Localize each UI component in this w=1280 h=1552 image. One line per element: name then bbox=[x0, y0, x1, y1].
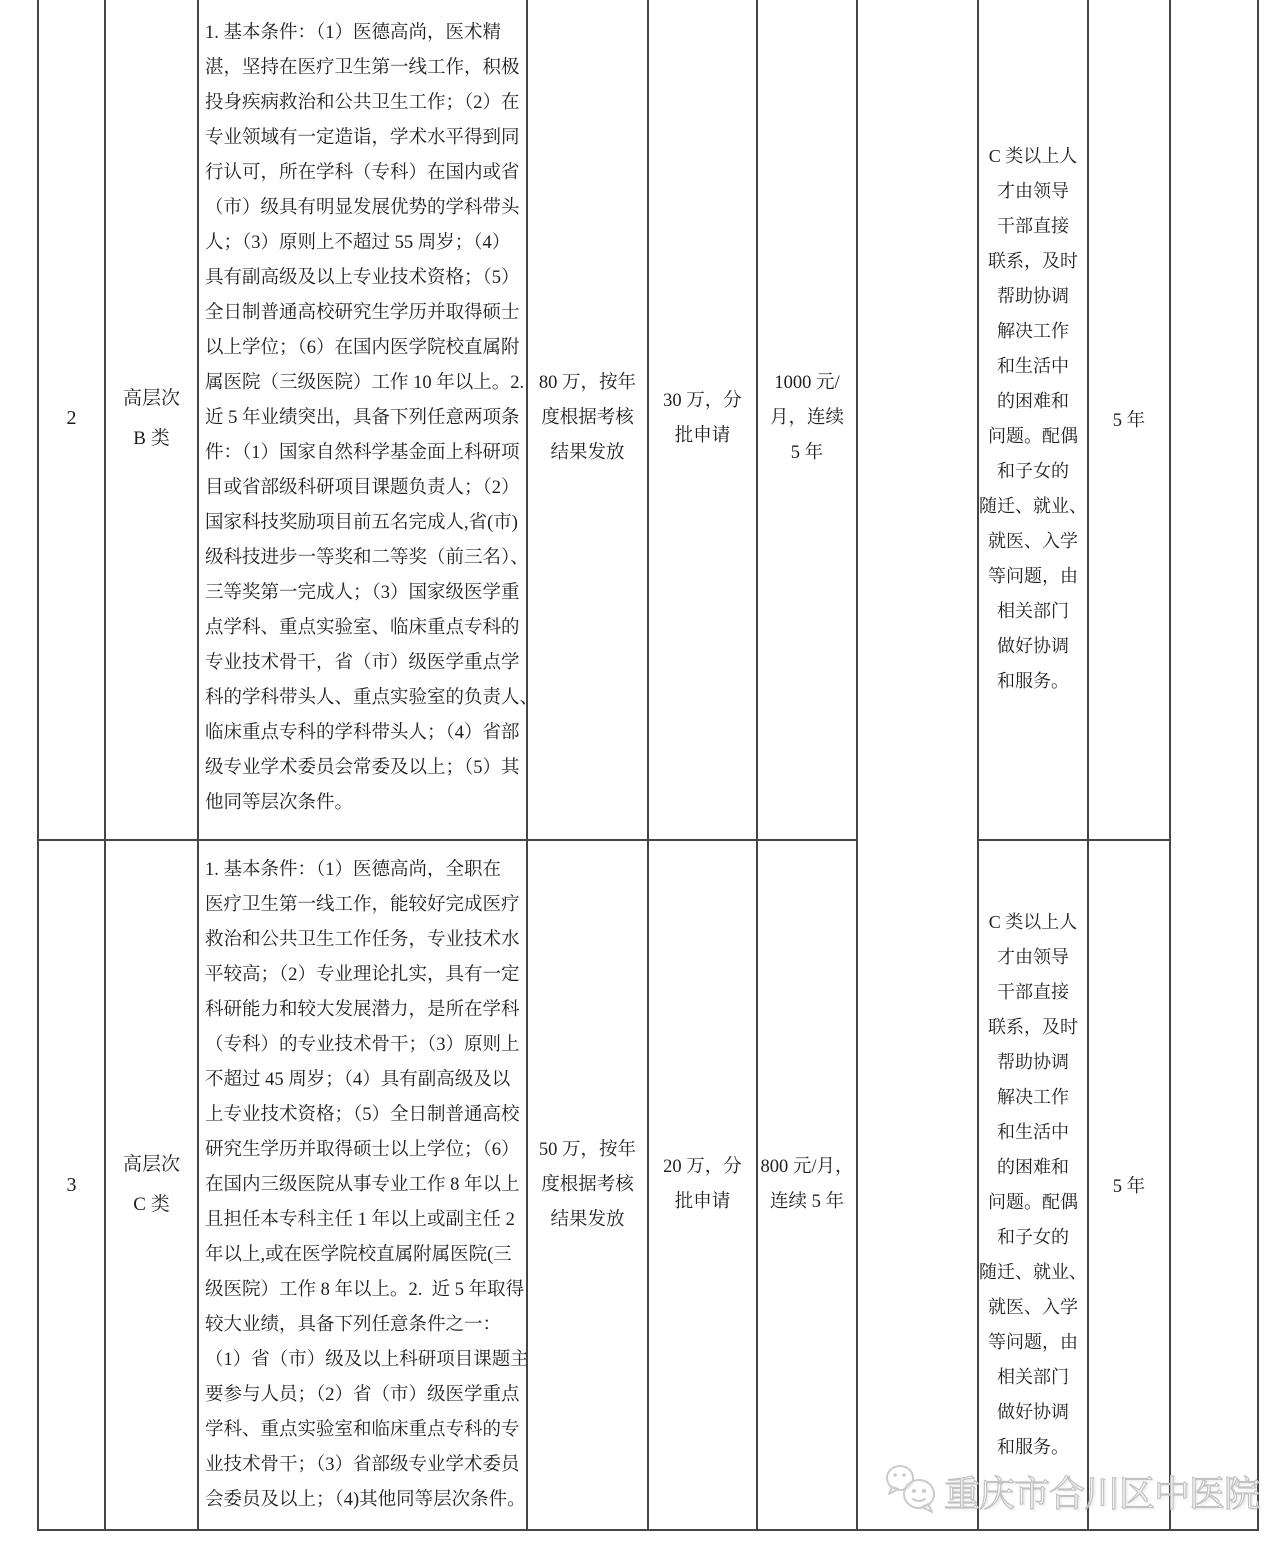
allowance-text: 800 元/月， 连续 5 年 bbox=[758, 1150, 856, 1220]
duration-text: 5 年 bbox=[1089, 406, 1169, 432]
conditions-cell: 1. 基本条件：（1）医德高尚，医术精 湛，坚持在医疗卫生第一线工作，积极 投身… bbox=[198, 0, 527, 840]
support-cell: C 类以上人 才由领导 干部直接 联系，及时 帮助协调 解决工作 和生活中 的困… bbox=[978, 0, 1088, 840]
allowance-text: 1000 元/ 月，连续 5 年 bbox=[758, 366, 856, 471]
support-text: C 类以上人 才由领导 干部直接 联系，及时 帮助协调 解决工作 和生活中 的困… bbox=[979, 905, 1087, 1465]
table-row-c: 3 高层次 C 类 1. 基本条件：（1）医德高尚，全职在 医疗卫生第一线工作，… bbox=[38, 840, 1258, 1530]
award-text: 80 万，按年 度根据考核 结果发放 bbox=[528, 366, 647, 471]
merged-empty-cell-right bbox=[1170, 0, 1258, 1530]
conditions-cell: 1. 基本条件：（1）医德高尚，全职在 医疗卫生第一线工作，能较好完成医疗 救治… bbox=[198, 840, 527, 1530]
row-number-cell: 3 bbox=[38, 840, 105, 1530]
support-text: C 类以上人 才由领导 干部直接 联系，及时 帮助协调 解决工作 和生活中 的困… bbox=[979, 139, 1087, 699]
table-row-b: 2 高层次 B 类 1. 基本条件：（1）医德高尚，医术精 湛，坚持在医疗卫生第… bbox=[38, 0, 1258, 840]
installment-cell: 20 万，分 批申请 bbox=[648, 840, 757, 1530]
merged-empty-cell bbox=[857, 0, 978, 1530]
award-text: 50 万，按年 度根据考核 结果发放 bbox=[528, 1133, 647, 1238]
row-number-cell: 2 bbox=[38, 0, 105, 840]
award-cell: 80 万，按年 度根据考核 结果发放 bbox=[527, 0, 648, 840]
allowance-cell: 800 元/月， 连续 5 年 bbox=[757, 840, 857, 1530]
category-cell: 高层次 B 类 bbox=[105, 0, 198, 840]
category-cell: 高层次 C 类 bbox=[105, 840, 198, 1530]
allowance-cell: 1000 元/ 月，连续 5 年 bbox=[757, 0, 857, 840]
category-label: 高层次 B 类 bbox=[106, 379, 197, 459]
talent-policy-table: 2 高层次 B 类 1. 基本条件：（1）医德高尚，医术精 湛，坚持在医疗卫生第… bbox=[37, 0, 1259, 1531]
installment-text: 30 万，分 批申请 bbox=[649, 384, 756, 454]
conditions-text: 1. 基本条件：（1）医德高尚，医术精 湛，坚持在医疗卫生第一线工作，积极 投身… bbox=[199, 16, 526, 821]
conditions-text: 1. 基本条件：（1）医德高尚，全职在 医疗卫生第一线工作，能较好完成医疗 救治… bbox=[199, 853, 526, 1518]
row-number: 2 bbox=[39, 407, 104, 430]
duration-cell: 5 年 bbox=[1088, 0, 1170, 840]
installment-text: 20 万，分 批申请 bbox=[649, 1150, 756, 1220]
award-cell: 50 万，按年 度根据考核 结果发放 bbox=[527, 840, 648, 1530]
row-number: 3 bbox=[39, 1174, 104, 1197]
category-label: 高层次 C 类 bbox=[106, 1145, 197, 1225]
duration-text: 5 年 bbox=[1089, 1172, 1169, 1198]
installment-cell: 30 万，分 批申请 bbox=[648, 0, 757, 840]
duration-cell: 5 年 bbox=[1088, 840, 1170, 1530]
support-cell: C 类以上人 才由领导 干部直接 联系，及时 帮助协调 解决工作 和生活中 的困… bbox=[978, 840, 1088, 1530]
